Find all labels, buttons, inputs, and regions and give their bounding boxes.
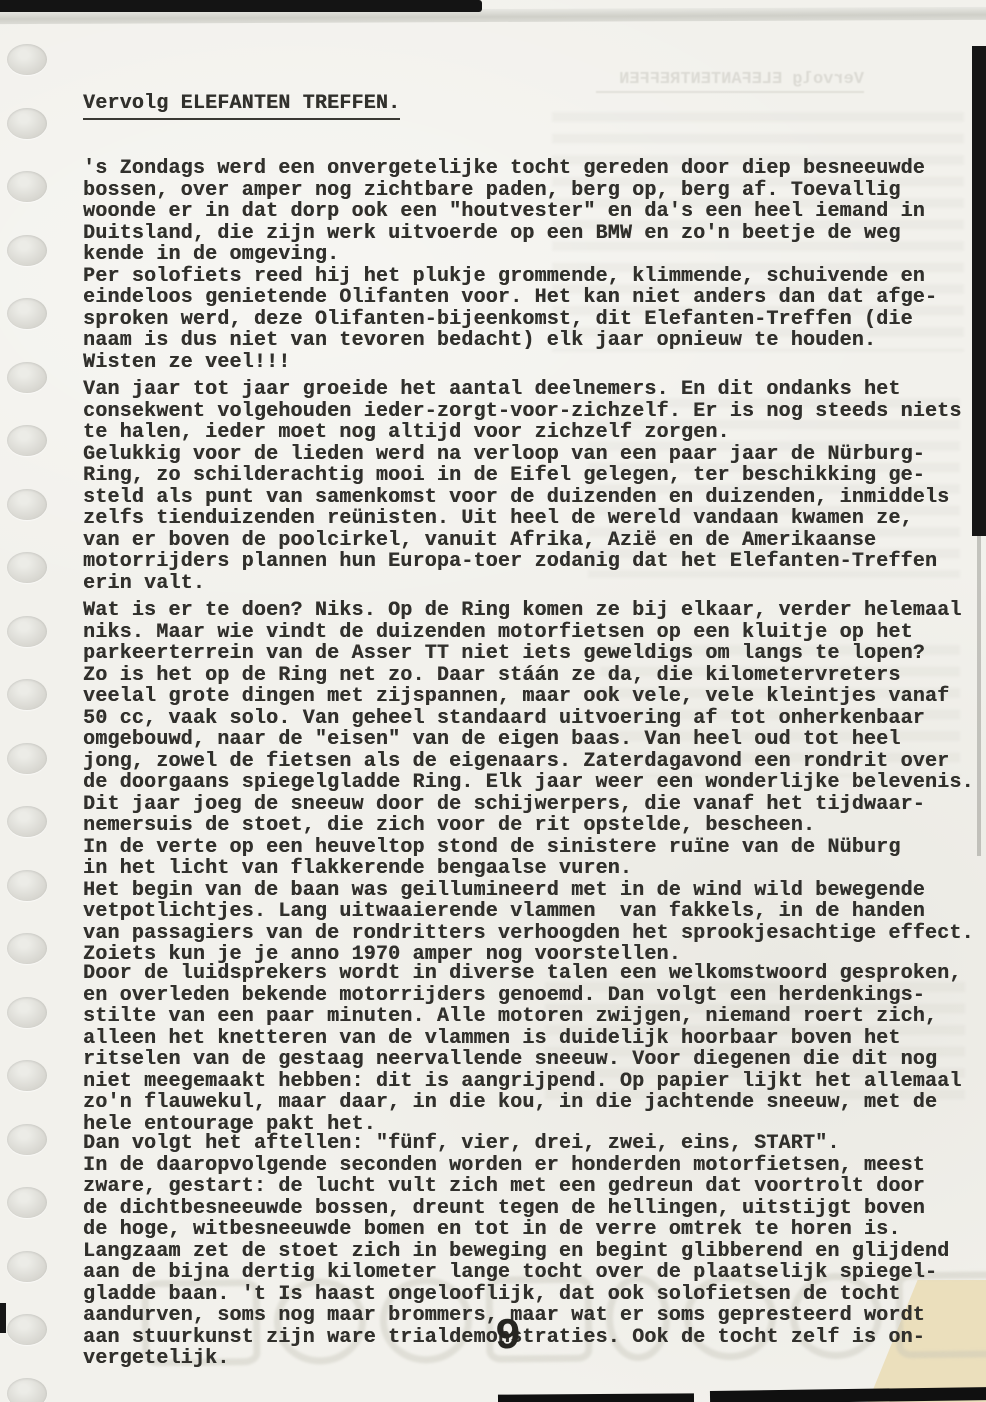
text-line: steld als punt van samenkomst voor de du… xyxy=(83,487,962,509)
text-line: Dan volgt het aftellen: "fünf, vier, dre… xyxy=(83,1133,949,1155)
text-line: niks. Maar wie vindt de duizenden motorf… xyxy=(83,622,974,644)
text-line: kende in de omgeving. xyxy=(83,244,937,266)
text-line: consekwent volgehouden ieder-zorgt-voor-… xyxy=(83,401,962,423)
text-line: In de verte op een heuveltop stond de si… xyxy=(83,837,974,859)
text-line: parkeerterrein van de Asser TT niet iets… xyxy=(83,643,974,665)
text-line: de dichtbesneeuwde bossen, dreunt tegen … xyxy=(83,1198,949,1220)
paragraph: Van jaar tot jaar groeide het aantal dee… xyxy=(83,379,962,594)
text-line: zelfs tienduizenden reünisten. Uit heel … xyxy=(83,508,962,530)
text-line: Wat is er te doen? Niks. Op de Ring kome… xyxy=(83,600,974,622)
text-line: Wisten ze veel!!! xyxy=(83,352,937,374)
text-line: niet meegemaakt hebben: dit is aangrijpe… xyxy=(83,1071,962,1093)
text-line: Langzaam zet de stoet zich in beweging e… xyxy=(83,1241,949,1263)
text-line: te halen, ieder moet nog altijd voor zic… xyxy=(83,422,962,444)
paragraph: Door de luidsprekers wordt in diverse ta… xyxy=(83,963,962,1135)
text-line: Van jaar tot jaar groeide het aantal dee… xyxy=(83,379,962,401)
text-line: sproken werd, deze Olifanten-bijeenkomst… xyxy=(83,309,937,331)
text-line: Het begin van de baan was geillumineerd … xyxy=(83,880,974,902)
text-line: stilte van een paar minuten. Alle motore… xyxy=(83,1006,962,1028)
text-line: nemersuis de stoet, die zich voor de rit… xyxy=(83,815,974,837)
text-line: van er boven de poolcirkel, vanuit Afrik… xyxy=(83,530,962,552)
text-line: Dit jaar joeg de sneeuw door de schijwer… xyxy=(83,794,974,816)
page-number: 9 xyxy=(478,1312,538,1362)
page-heading: Vervolg ELEFANTEN TREFFEN. xyxy=(83,92,400,120)
paragraph: 's Zondags werd een onvergetelijke tocht… xyxy=(83,158,937,373)
text-line: jong, zowel de fietsen als de eigenaars.… xyxy=(83,751,974,773)
text-line: gladde baan. 't Is haast ongelooflijk, d… xyxy=(83,1284,949,1306)
document-content: Vervolg ELEFANTEN TREFFEN. 's Zondags we… xyxy=(0,0,986,1402)
text-line: Duitsland, die zijn werk uitvoerde op ee… xyxy=(83,223,937,245)
text-line: vetpotlichtjes. Lang uitwaaierende vlamm… xyxy=(83,901,974,923)
paragraph: Wat is er te doen? Niks. Op de Ring kome… xyxy=(83,600,974,966)
text-line: Gelukkig voor de lieden werd na verloop … xyxy=(83,444,962,466)
text-line: woonde er in dat dorp ook een "houtveste… xyxy=(83,201,937,223)
text-line: bossen, over amper nog zichtbare paden, … xyxy=(83,180,937,202)
text-line: en overleden bekende motorrijders genoem… xyxy=(83,985,962,1007)
scanned-page: Vervolg ELEFANTENTREFFEN Vervolg ELEFANT… xyxy=(0,0,986,1402)
text-line: naam is dus niet van tevoren bedacht) el… xyxy=(83,330,937,352)
text-line: in het licht van flakkerende bengaalse v… xyxy=(83,858,974,880)
text-line: aan de bijna dertig kilometer lange toch… xyxy=(83,1262,949,1284)
text-line: veelal grote dingen met zijspannen, maar… xyxy=(83,686,974,708)
text-line: erin valt. xyxy=(83,573,962,595)
text-line: ritselen van de gestaag neervallende sne… xyxy=(83,1049,962,1071)
text-line: Per solofiets reed hij het plukje gromme… xyxy=(83,266,937,288)
text-line: de doorgaans spiegelgladde Ring. Elk jaa… xyxy=(83,772,974,794)
text-line: de hoge, witbesneeuwde bomen en tot in d… xyxy=(83,1219,949,1241)
text-line: Door de luidsprekers wordt in diverse ta… xyxy=(83,963,962,985)
text-line: zware, gestart: de lucht vult zich met e… xyxy=(83,1176,949,1198)
text-line: Zo is het op de Ring net zo. Daar stáán … xyxy=(83,665,974,687)
text-line: eindeloos genietende Olifanten voor. Het… xyxy=(83,287,937,309)
text-line: omgebouwd, naar de "eisen" van de eigen … xyxy=(83,729,974,751)
text-line: zo'n flauwekul, maar daar, in die kou, i… xyxy=(83,1092,962,1114)
text-line: 's Zondags werd een onvergetelijke tocht… xyxy=(83,158,937,180)
text-line: van passagiers van de rondritters verhoo… xyxy=(83,923,974,945)
text-line: alleen het knetteren van de vlammen is d… xyxy=(83,1028,962,1050)
text-line: 50 cc, vaak solo. Van geheel standaard u… xyxy=(83,708,974,730)
text-line: In de daaropvolgende seconden worden er … xyxy=(83,1155,949,1177)
text-line: motorrijders plannen hun Europa-toer zod… xyxy=(83,551,962,573)
text-line: Ring, zo schilderachtig mooi in de Eifel… xyxy=(83,465,962,487)
